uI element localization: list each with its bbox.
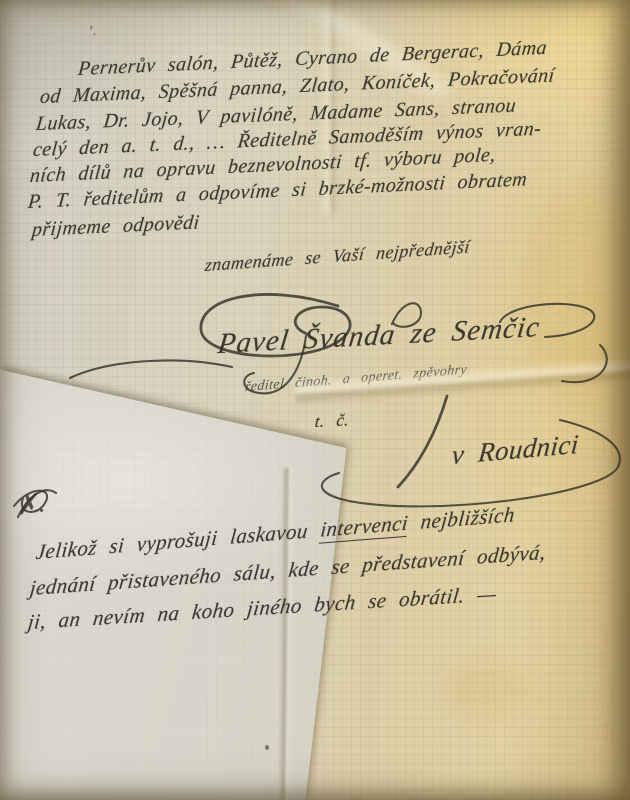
letter-photo: ’. Pernerův salón, Půtěž, Cyrano de Berg…: [0, 0, 630, 800]
postscript-initial-mark: ✗.: [14, 488, 47, 522]
overlapping-sheet: [0, 0, 630, 800]
overlapping-sheet-grid: [0, 0, 630, 800]
overlapping-sheet-wrap: [0, 0, 630, 800]
paper-speck: [265, 745, 269, 750]
